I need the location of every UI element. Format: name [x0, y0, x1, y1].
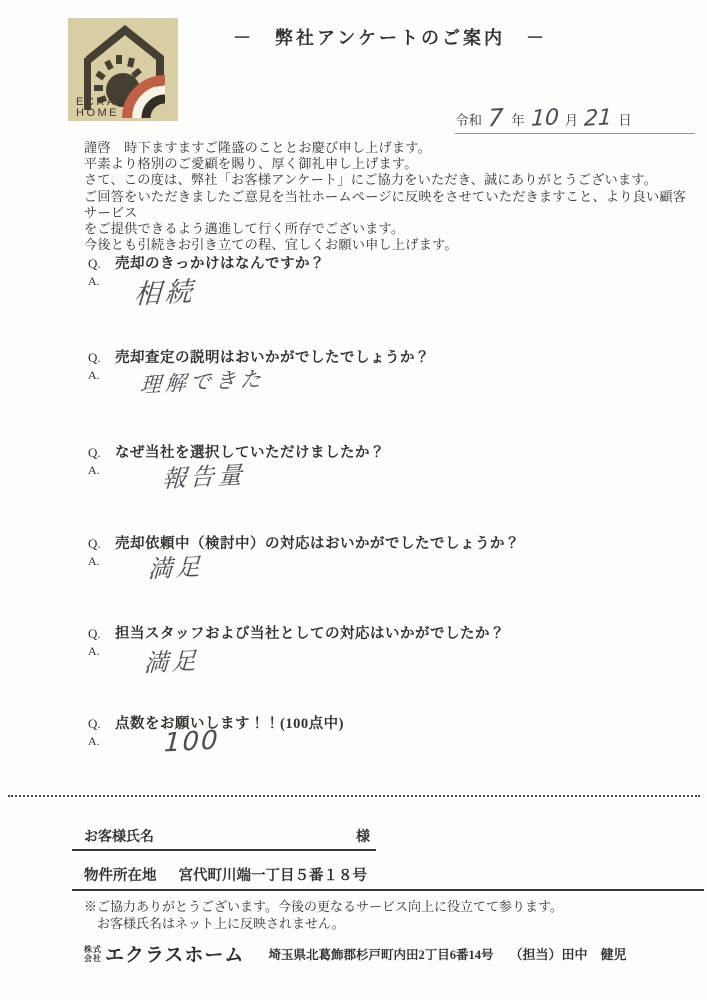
- page-title: － 弊社アンケートのご案内 －: [90, 24, 690, 50]
- era-label: 令和: [455, 109, 482, 130]
- greeting-line: 謹啓 時下ますますご隆盛のこととお慶び申し上げます。: [84, 140, 690, 156]
- question-label: Q.: [88, 350, 115, 366]
- greeting-line: をご提供できるよう邁進して行く所存でございます。: [84, 221, 690, 237]
- question-label: Q.: [88, 626, 115, 642]
- handwritten-answer: 報告量: [161, 463, 246, 491]
- property-label: 物件所在地: [84, 864, 157, 885]
- qa-block-why-choose-us: Q. なぜ当社を選択していただけましたか？ A. 報告量: [88, 441, 648, 533]
- handwritten-answer: 100: [163, 727, 220, 756]
- year-unit: 年: [511, 109, 525, 130]
- qa-block-response-during-request: Q. 売却依頼中（検討中）の対応はおいかがでしたでしょうか？ A. 満足: [88, 532, 648, 624]
- notes: ※ご協力ありがとうございます。今後の更なるサービス向上に役立てて参ります。 お客…: [84, 898, 563, 932]
- question-text: なぜ当社を選択していただけましたか？: [115, 441, 385, 462]
- company-footer: 株式 会社 エクラスホーム 埼玉県北葛飾郡杉戸町内田2丁目6番14号 （担当）田…: [84, 940, 684, 967]
- handwritten-answer: 満足: [143, 648, 200, 675]
- handwritten-answer: 理解できた: [140, 369, 266, 397]
- survey-document-page: ECRAS HOME － 弊社アンケートのご案内 － 令和 7 年 10 月 2…: [0, 0, 707, 1000]
- question-text: 売却査定の説明はおいかがでしたでしょうか？: [115, 346, 430, 367]
- question-label: Q.: [88, 445, 115, 461]
- question-text: 点数をお願いします！！(100点中): [115, 712, 344, 733]
- company-type-bottom: 会社: [84, 954, 102, 963]
- question-label: Q.: [88, 536, 115, 552]
- day-unit: 日: [618, 109, 632, 130]
- customer-name-row: お客様氏名 様: [72, 820, 376, 851]
- company-type-top: 株式: [84, 945, 102, 954]
- handwritten-answer: 相続: [133, 278, 196, 308]
- question-text: 担当スタッフおよび当社としての対応はいかがでしたか？: [115, 622, 505, 643]
- question-text: 売却のきっかけはなんですか？: [115, 252, 325, 273]
- handwritten-year: 7: [487, 106, 504, 131]
- company-type-stacked: 株式 会社: [84, 945, 102, 963]
- greeting-line: さて、この度は、弊社「お客様アンケート」にご協力をいただき、誠にありがとうござい…: [84, 172, 690, 188]
- notes-line-1: ※ご協力ありがとうございます。今後の更なるサービス向上に役立てて参ります。: [84, 898, 563, 915]
- qa-block-staff-response: Q. 担当スタッフおよび当社としての対応はいかがでしたか？ A. 満足: [88, 622, 648, 714]
- notes-line-2: お客様氏名はネット上に反映されません。: [84, 915, 563, 932]
- handwritten-day: 21: [584, 107, 613, 131]
- company-name: エクラスホーム: [105, 940, 244, 967]
- greeting-line: 今後とも引続きお引き立ての程、宜しくお願い申し上げます。: [84, 237, 690, 253]
- svg-text:HOME: HOME: [76, 107, 119, 119]
- greeting-paragraph: 謹啓 時下ますますご隆盛のこととお慶び申し上げます。 平素より格別のご愛顧を賜り…: [84, 140, 690, 253]
- qa-block-score: Q. 点数をお願いします！！(100点中) A. 100: [88, 712, 648, 804]
- handwritten-month: 10: [530, 107, 559, 131]
- date-line: 令和 7 年 10 月 21 日: [455, 96, 695, 134]
- greeting-line: 平素より格別のご愛顧を賜り、厚く御礼申し上げます。: [84, 156, 690, 172]
- customer-name-label: お客様氏名: [84, 826, 154, 846]
- handwritten-answer: 満足: [147, 554, 204, 581]
- property-value: 宮代町川端一丁目５番１８号: [179, 864, 368, 885]
- question-label: Q.: [88, 256, 115, 272]
- dotted-separator: [8, 795, 700, 797]
- qa-block-sale-trigger: Q. 売却のきっかけはなんですか？ A. 相続: [88, 252, 648, 344]
- customer-honorific: 様: [356, 826, 370, 846]
- company-address: 埼玉県北葛飾郡杉戸町内田2丁目6番14号: [268, 945, 493, 963]
- greeting-line: ご回答をいただきましたご意見を当社ホームページに反映をさせていただきますこと、よ…: [84, 189, 690, 221]
- qa-block-valuation-explanation: Q. 売却査定の説明はおいかがでしたでしょうか？ A. 理解できた: [88, 346, 648, 438]
- question-text: 売却依頼中（検討中）の対応はおいかがでしたでしょうか？: [115, 532, 520, 553]
- property-location-row: 物件所在地 宮代町川端一丁目５番１８号: [72, 858, 704, 891]
- question-label: Q.: [88, 716, 115, 732]
- contact-person: （担当）田中 健児: [509, 944, 626, 963]
- month-unit: 月: [565, 109, 579, 130]
